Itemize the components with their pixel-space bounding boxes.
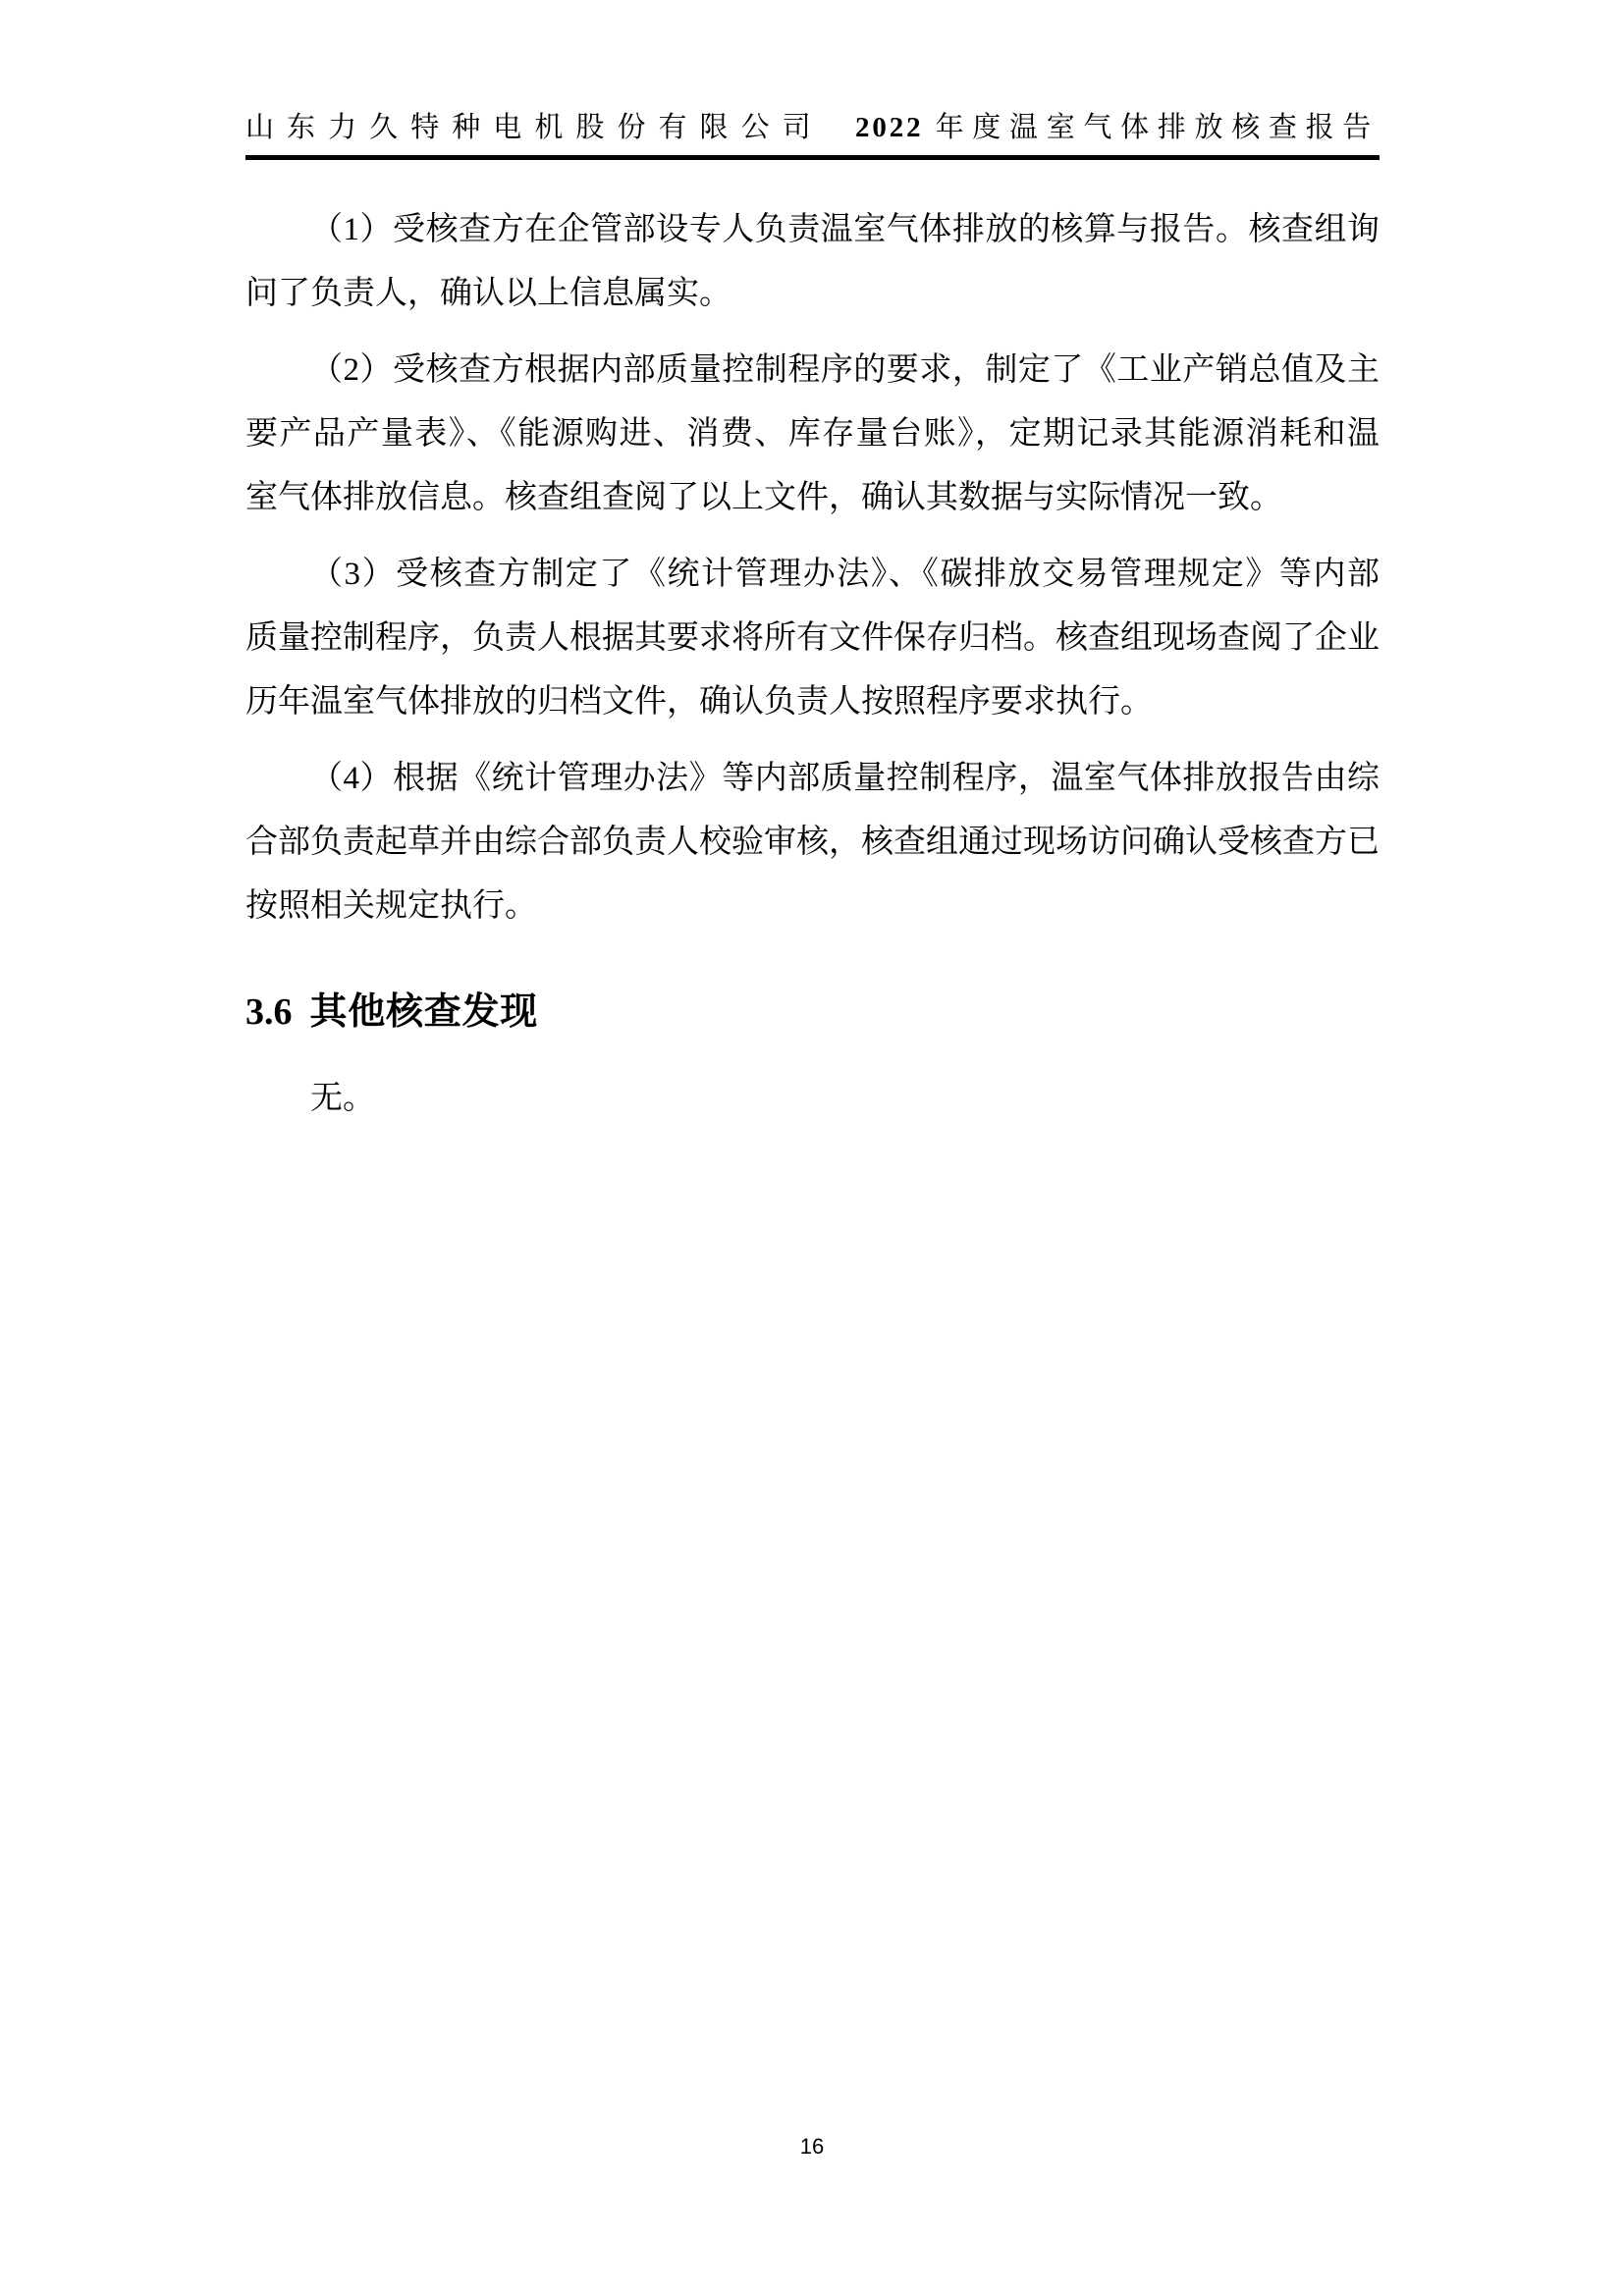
document-body: （1）受核查方在企管部设专人负责温室气体排放的核算与报告。核查组询 问了负责人，…	[245, 198, 1380, 1131]
paragraph-1: （1）受核查方在企管部设专人负责温室气体排放的核算与报告。核查组询 问了负责人，…	[245, 198, 1380, 326]
paragraph-2-line-1: （2）受核查方根据内部质量控制程序的要求，制定了《工业产销总值及主	[245, 339, 1380, 402]
header-report-year: 2022	[855, 112, 924, 143]
header-report-title: 2022年度温室气体排放核查报告	[855, 110, 1380, 146]
paragraph-1-line-1: （1）受核查方在企管部设专人负责温室气体排放的核算与报告。核查组询	[245, 198, 1380, 262]
section-heading-3-6: 3.6其他核查发现	[245, 988, 1380, 1037]
paragraph-2-line-2: 要产品产量表》、《能源购进、消费、库存量台账》，定期记录其能源消耗和温	[245, 402, 1380, 466]
paragraph-4-line-1: （4）根据《统计管理办法》等内部质量控制程序，温室气体排放报告由综	[245, 747, 1380, 811]
header-company-name: 山东力久特种电机股份有限公司	[245, 110, 824, 146]
paragraph-4: （4）根据《统计管理办法》等内部质量控制程序，温室气体排放报告由综 合部负责起草…	[245, 747, 1380, 938]
paragraph-3: （3）受核查方制定了《统计管理办法》、《碳排放交易管理规定》等内部 质量控制程序…	[245, 543, 1380, 734]
section-number: 3.6	[245, 991, 293, 1033]
paragraph-4-line-2: 合部负责起草并由综合部负责人校验审核，核查组通过现场访问确认受核查方已	[245, 811, 1380, 875]
page-number: 16	[800, 2134, 824, 2159]
paragraph-4-line-3: 按照相关规定执行。	[245, 875, 1380, 938]
section-title: 其他核查发现	[310, 991, 539, 1033]
paragraph-1-line-2: 问了负责人，确认以上信息属实。	[245, 262, 1380, 326]
header-report-title-text: 年度温室气体排放核查报告	[936, 112, 1380, 143]
paragraph-3-line-3: 历年温室气体排放的归档文件，确认负责人按照程序要求执行。	[245, 670, 1380, 734]
document-page: 山东力久特种电机股份有限公司 2022年度温室气体排放核查报告 （1）受核查方在…	[0, 0, 1624, 2296]
paragraph-3-line-1: （3）受核查方制定了《统计管理办法》、《碳排放交易管理规定》等内部	[245, 543, 1380, 607]
paragraph-3-line-2: 质量控制程序，负责人根据其要求将所有文件保存归档。核查组现场查阅了企业	[245, 607, 1380, 670]
paragraph-2-line-3: 室气体排放信息。核查组查阅了以上文件，确认其数据与实际情况一致。	[245, 466, 1380, 530]
page-header: 山东力久特种电机股份有限公司 2022年度温室气体排放核查报告	[245, 0, 1380, 160]
page-footer: 16	[0, 2132, 1624, 2162]
paragraph-2: （2）受核查方根据内部质量控制程序的要求，制定了《工业产销总值及主 要产品产量表…	[245, 339, 1380, 530]
section-body-text: 无。	[245, 1067, 1380, 1131]
